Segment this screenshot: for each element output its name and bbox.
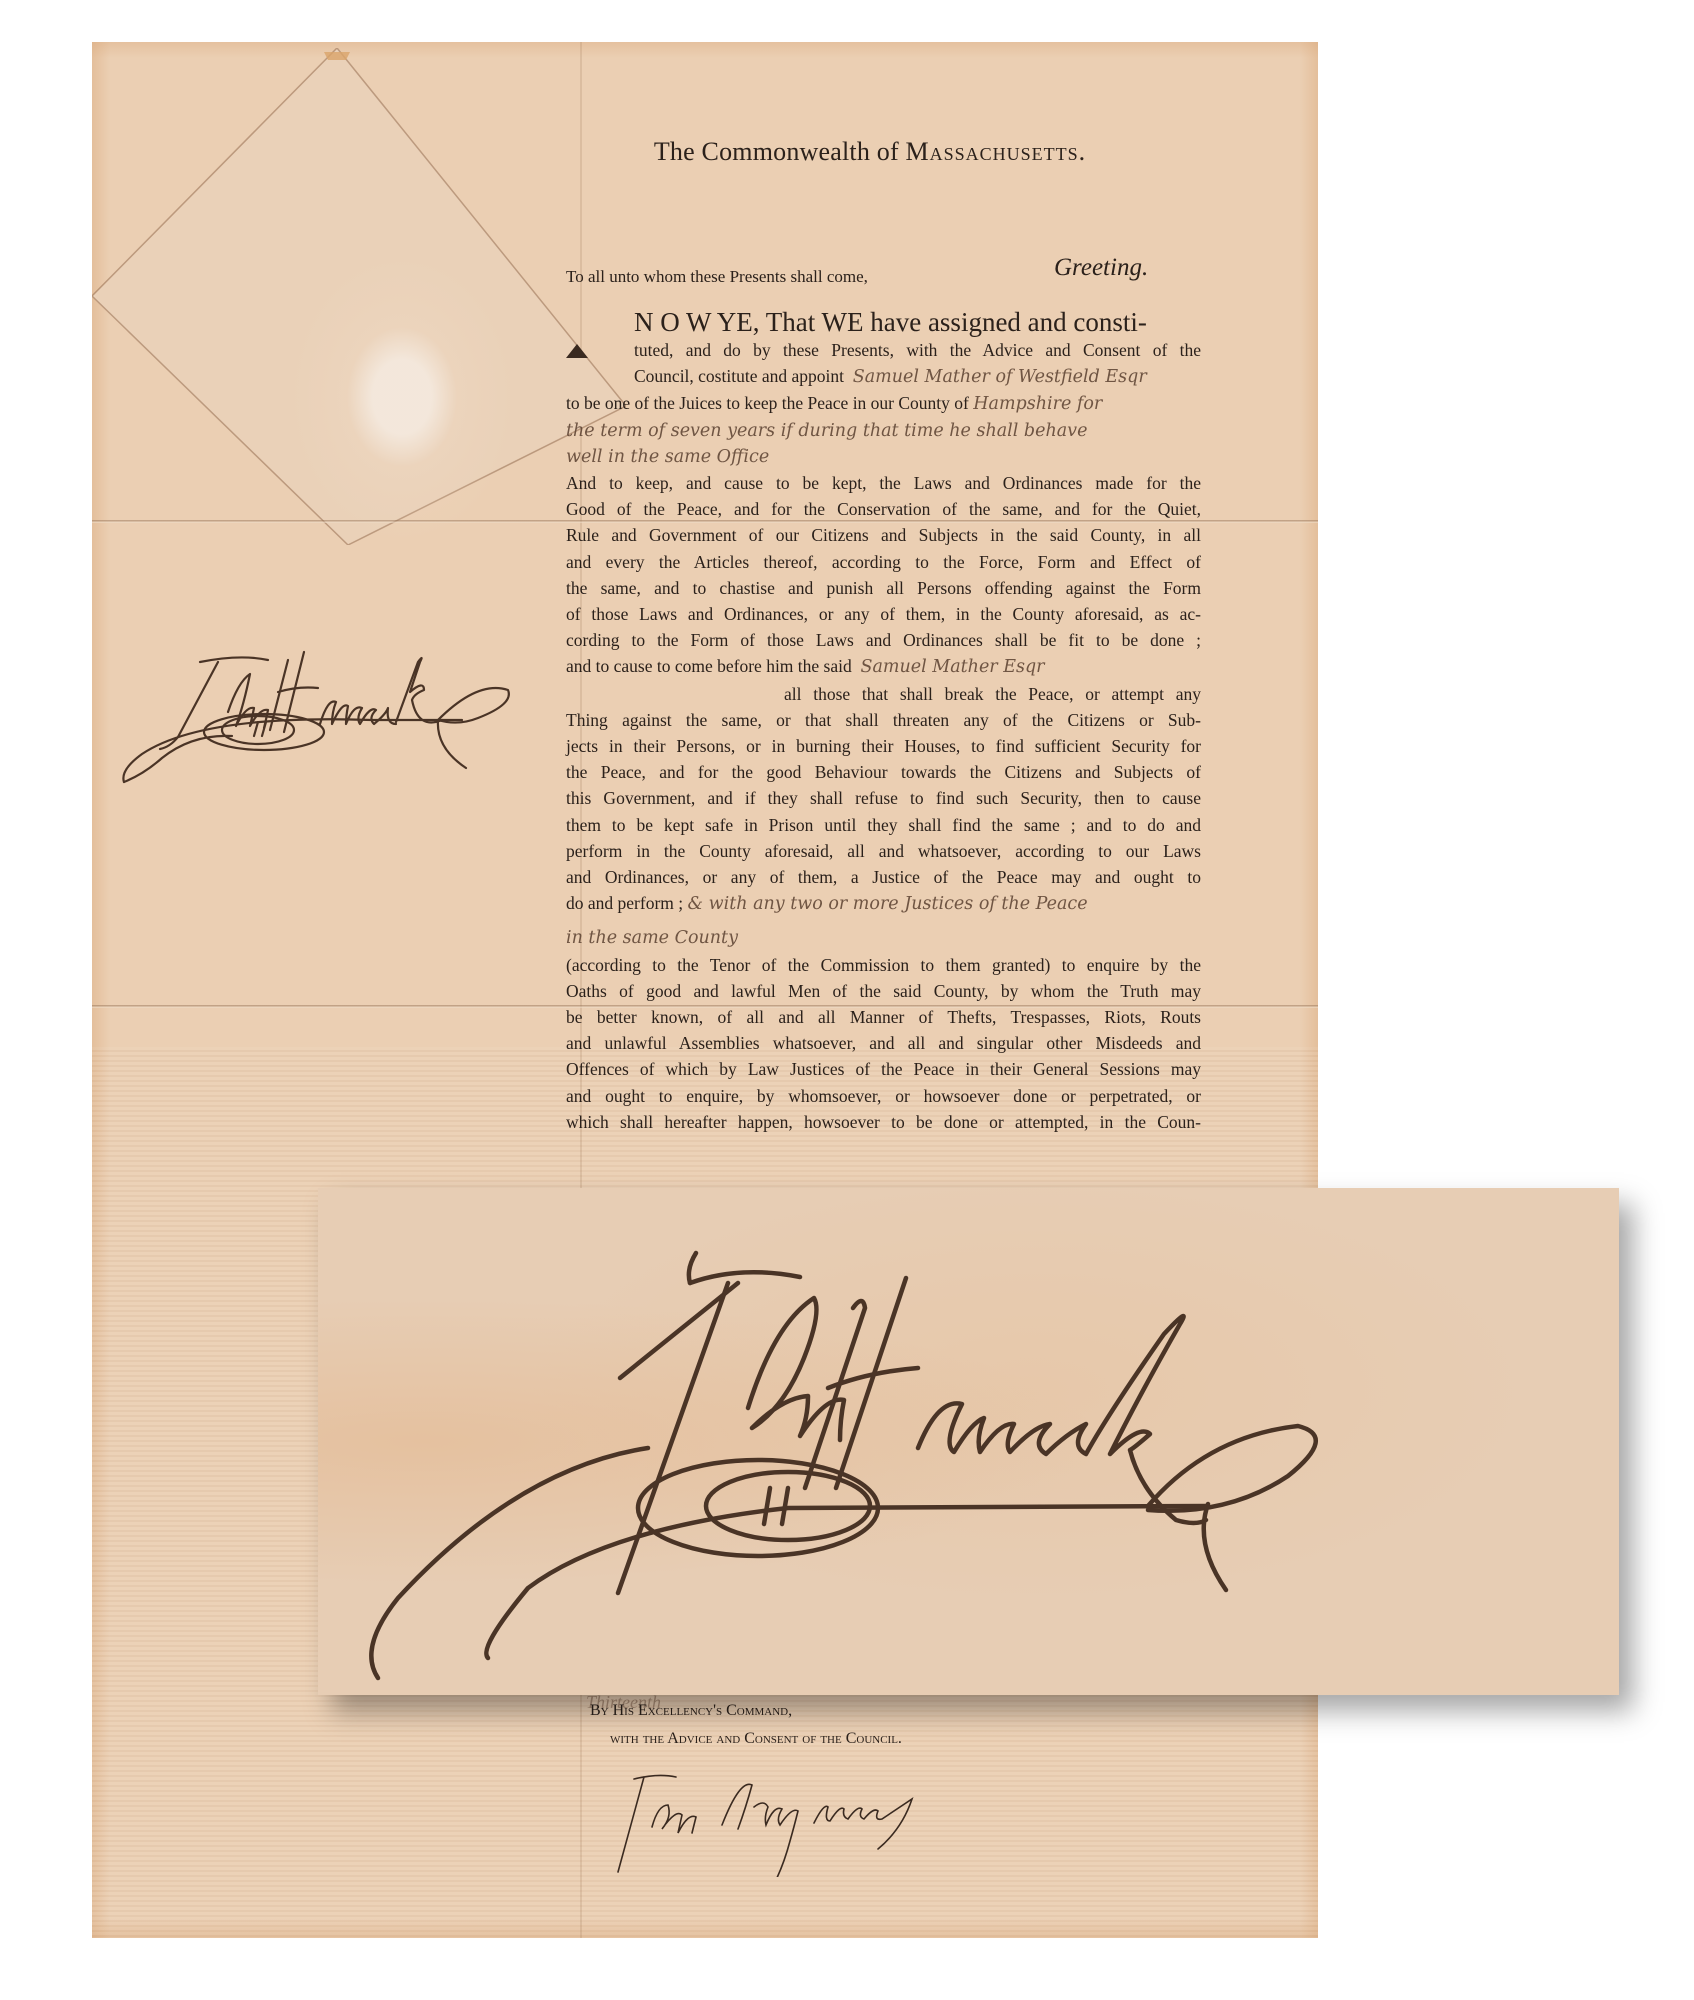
body-line: and unlawful Assemblies whatsoever, and … [566,1030,1201,1056]
county-handwriting-2: in the same County [566,917,1201,951]
body-line: which shall hereafter happen, howsoever … [566,1109,1201,1135]
body-line: and Ordinances, or any of them, a Justic… [566,864,1201,890]
body-line: them to be kept safe in Prison until the… [566,812,1201,838]
body-line: this Government, and if they shall refus… [566,785,1201,811]
appointee-handwriting-2: Samuel Mather Esqr [860,657,1044,677]
appointee-handwriting: Samuel Mather of Westfield Esqr [853,367,1147,387]
body-line: Rule and Government of our Citizens and … [566,522,1201,548]
body-line: the same, and to chastise and punish all… [566,575,1201,601]
body-line: cording to the Form of those Laws and Or… [566,627,1201,653]
body-line: Oaths of good and lawful Men of the said… [566,978,1201,1004]
body-line: tuted, and do by these Presents, with th… [566,337,1201,363]
term-handwriting: the term of seven years if during that t… [566,418,1201,444]
body-line: to be one of the Juices to keep the Peac… [566,390,1201,417]
body-line: and ought to enquire, by whomsoever, or … [566,1083,1201,1109]
title-state: Massachusetts. [906,137,1087,166]
body-line: Thing against the same, or that shall th… [566,707,1201,733]
body-line: Council, costitute and appoint Samuel Ma… [566,363,1201,390]
document-title: The Commonwealth of Massachusetts. [92,137,1318,167]
body-line: (according to the Tenor of the Commissio… [566,952,1201,978]
body-line: and every the Articles thereof, accordin… [566,549,1201,575]
attestation: By His Excellency's Command, with the Ad… [590,1697,902,1753]
body-line: jects in their Persons, or in burning th… [566,733,1201,759]
title-prefix: The Commonwealth of [654,137,906,166]
salutation: To all unto whom these Presents shall co… [566,267,868,287]
body-line: all those that shall break the Peace, or… [566,681,1201,707]
body-line: perform in the County aforesaid, all and… [566,838,1201,864]
embossed-seal [272,262,532,562]
county-handwriting: Hampshire for [973,394,1102,414]
consent-line: with the Advice and Consent of the Counc… [590,1725,902,1753]
greeting: Greeting. [1054,254,1148,282]
body-line: do and perform ; & with any two or more … [566,890,1201,917]
body-line: Good of the Peace, and for the Conservat… [566,496,1201,522]
john-avery-signature: John Avery jun Secretary [604,1767,984,1877]
hancock-signature-small [108,642,528,792]
body-line: And to keep, and cause to be kept, the L… [566,470,1201,496]
opening-line: N O W YE, That WE have assigned and cons… [634,307,1201,337]
body-line: of those Laws and Ordinances, or any of … [566,601,1201,627]
term-handwriting: well in the same Office [566,444,1201,470]
body-line: be better known, of all and all Manner o… [566,1004,1201,1030]
body-line: the Peace, and for the good Behaviour to… [566,759,1201,785]
hancock-signature-enlarged: John Hancock [318,1188,1619,1695]
signature-detail-inset: John Hancock [318,1188,1619,1695]
justices-handwriting: & with any two or more Justices of the P… [688,894,1088,914]
body-line: Offences of which by Law Justices of the… [566,1056,1201,1082]
command-line: By His Excellency's Command, [590,1697,902,1725]
body-line: and to cause to come before him the said… [566,653,1201,680]
commission-body: N O W YE, That WE have assigned and cons… [566,307,1201,1135]
